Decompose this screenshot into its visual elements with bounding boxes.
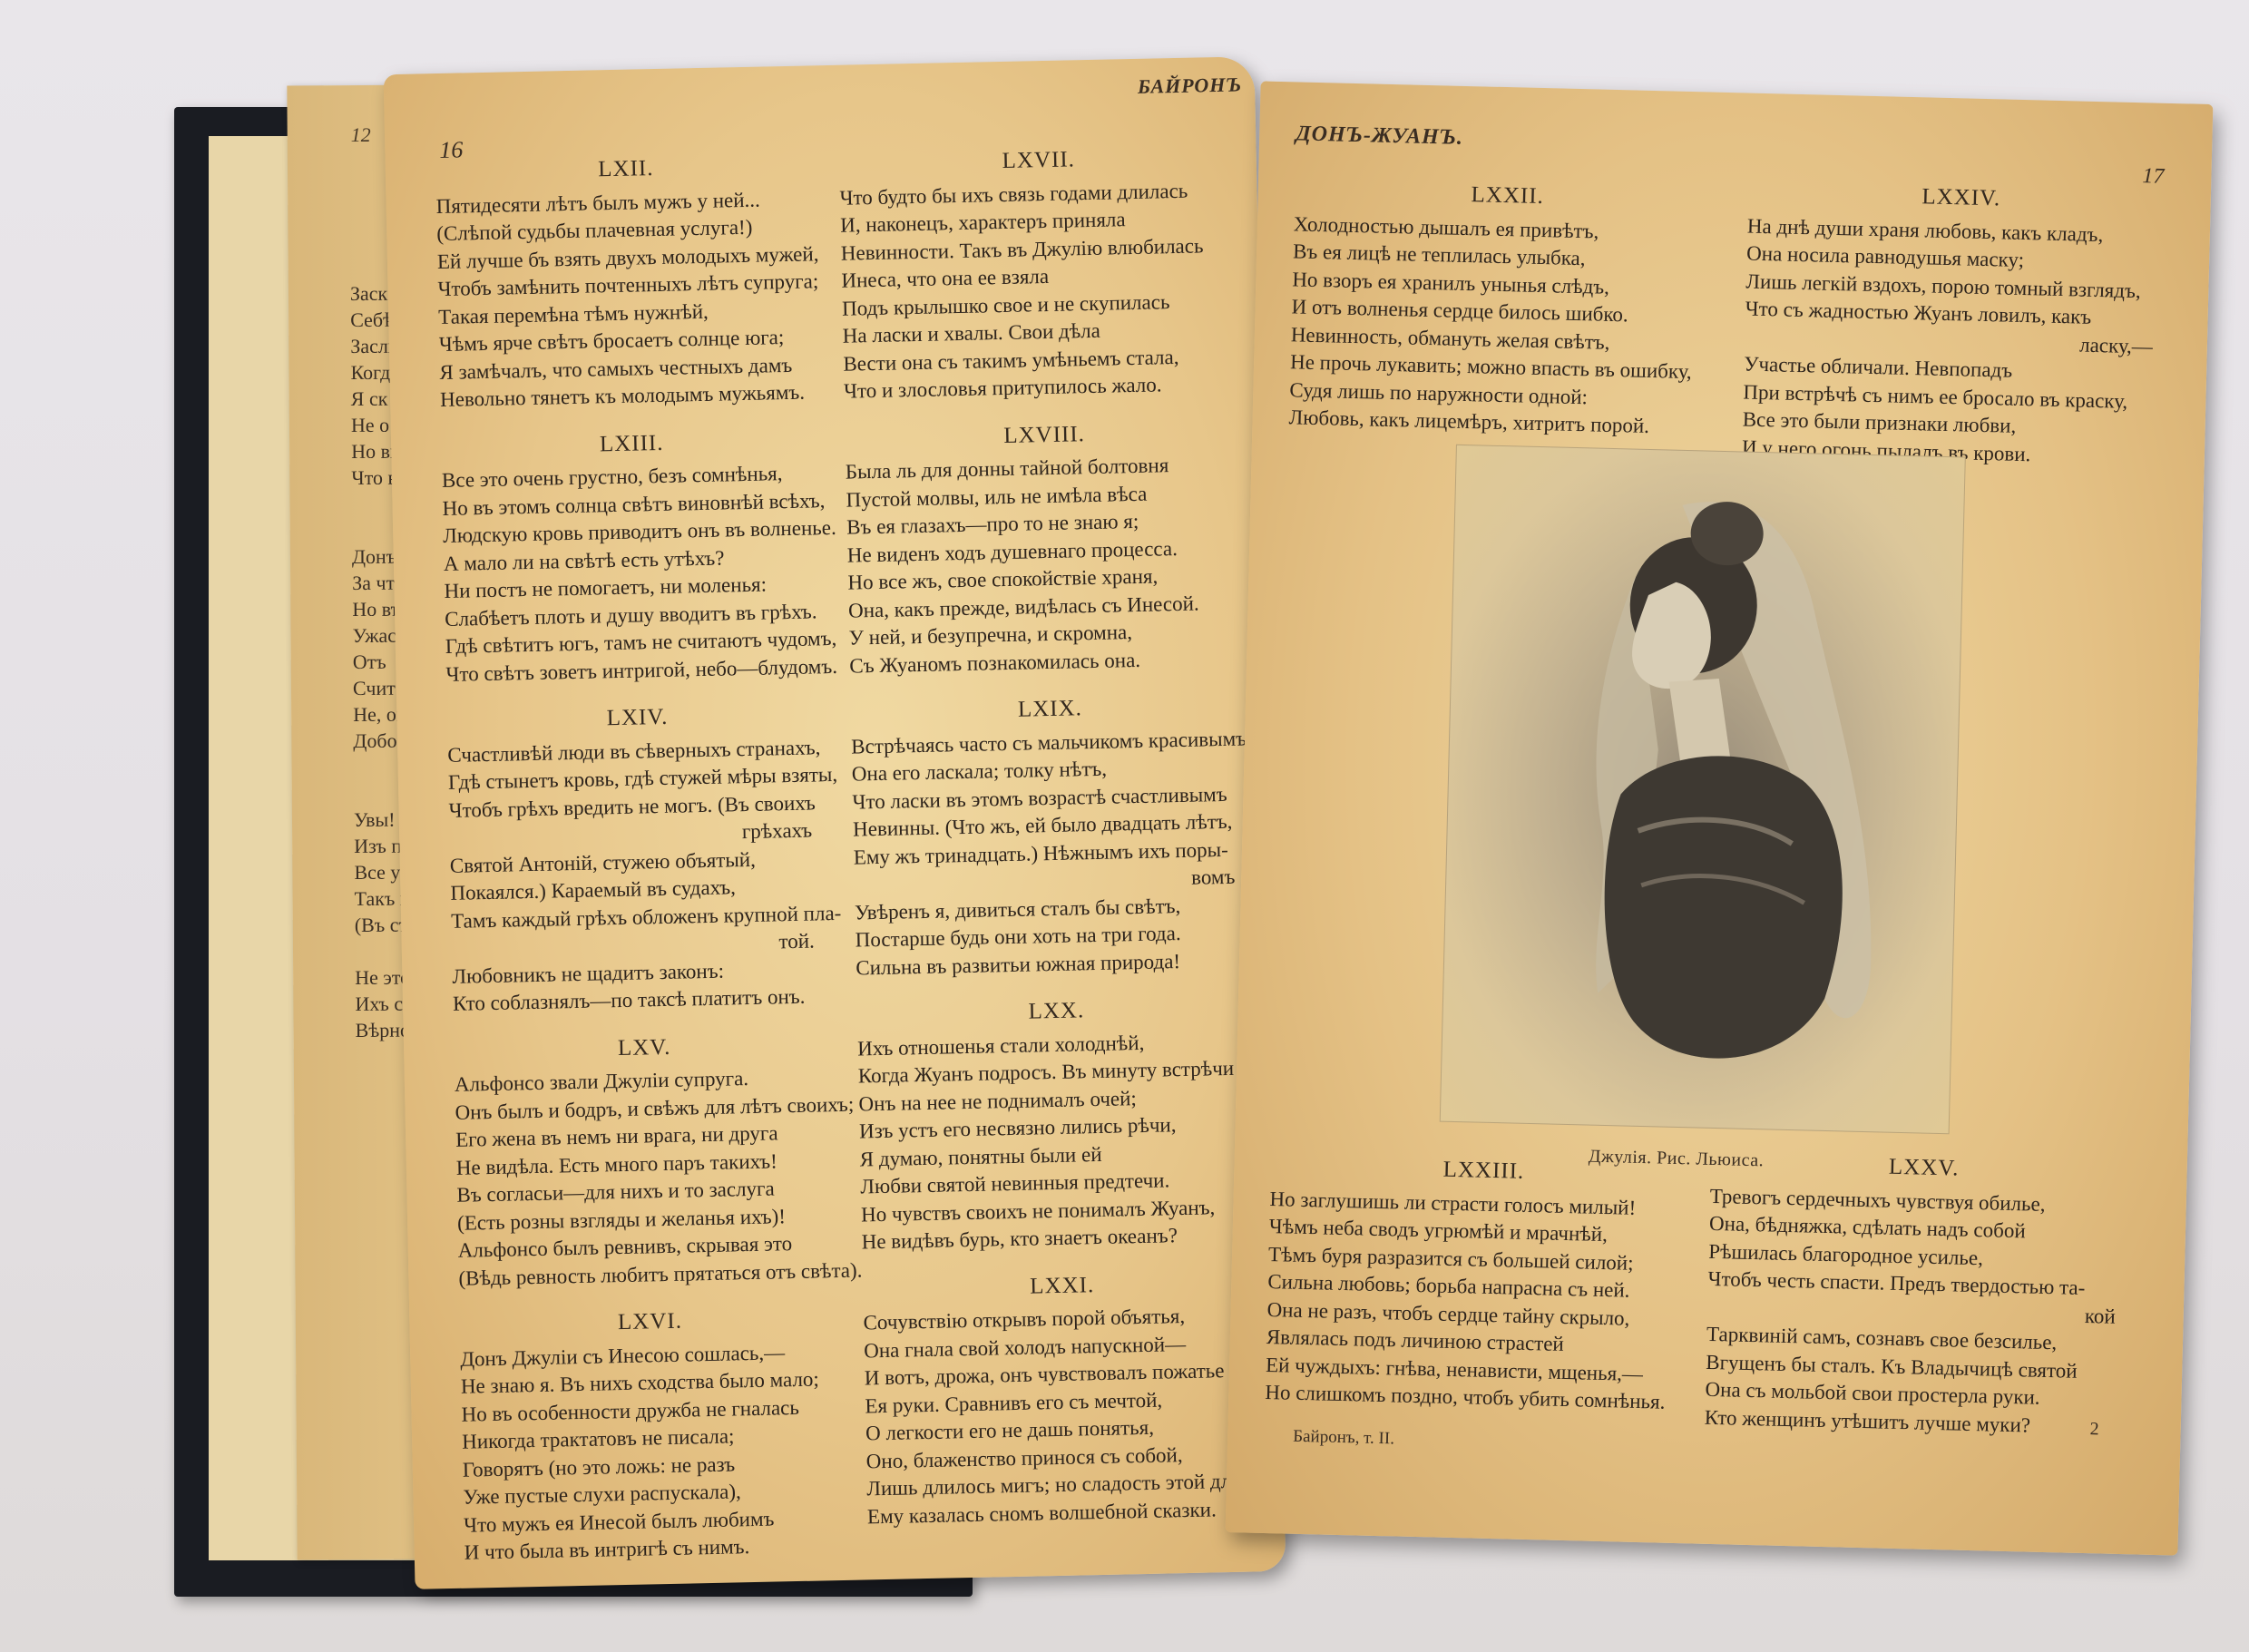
stanza-number: LXIII. bbox=[441, 426, 823, 462]
stanza-number: LXIX. bbox=[850, 691, 1250, 728]
page-number: 12 bbox=[351, 123, 371, 147]
stanza-number: LXXII. bbox=[1294, 177, 1721, 215]
right-page-bottom-column-2: LXXV.Тревогъ сердечныхъ чувствуя обилье,… bbox=[1704, 1149, 2137, 1461]
stanza-number: LXXV. bbox=[1710, 1149, 2137, 1188]
stanza-number: LXVII. bbox=[838, 143, 1238, 180]
page-number: 17 bbox=[2142, 164, 2165, 190]
stanza: LXIX.Встрѣчаясь часто съ мальчикомъ крас… bbox=[850, 691, 1255, 982]
stanza: LXIII.Все это очень грустно, безъ сомнѣн… bbox=[441, 426, 827, 689]
stanza-number: LXIV. bbox=[446, 700, 828, 736]
left-page-16[interactable]: 16 БАЙРОНЪ LXII.Пятидесяти лѣтъ былъ муж… bbox=[384, 56, 1286, 1589]
running-head: БАЙРОНЪ bbox=[1138, 73, 1243, 98]
stanza: LXXIII.Но заглушишь ли страсти голосъ ми… bbox=[1265, 1152, 1697, 1417]
left-page-column-2: LXVII.Что будто бы ихъ связь годами длил… bbox=[838, 143, 1266, 1551]
stanza: LXIV.Счастливѣй люди въ сѣверныхъ страна… bbox=[446, 700, 834, 1018]
right-page-bottom-column-1: LXXIII.Но заглушишь ли страсти голосъ ми… bbox=[1264, 1152, 1697, 1437]
stanza-number: LXX. bbox=[856, 993, 1257, 1030]
stanza-number: LXVIII. bbox=[845, 417, 1245, 454]
portrait-illustration bbox=[1440, 445, 1966, 1135]
stanza: LXII.Пятидесяти лѣтъ былъ мужъ у ней...(… bbox=[435, 152, 822, 414]
left-page-column-1: LXII.Пятидесяти лѣтъ былъ мужъ у ней...(… bbox=[435, 152, 846, 1587]
stanza: LXVII.Что будто бы ихъ связь годами длил… bbox=[838, 143, 1243, 406]
stanza: LXVIII.Была ль для донны тайной болтовня… bbox=[845, 417, 1249, 680]
running-head: ДОНЪ-ЖУАНЪ. bbox=[1296, 122, 1463, 151]
stanza: LXX.Ихъ отношенья стали холоднѣй,Когда Ж… bbox=[856, 993, 1261, 1256]
stanza-number: LXV. bbox=[454, 1031, 836, 1066]
stanza-number: LXXIV. bbox=[1747, 180, 2175, 218]
stanza-number: LXVI. bbox=[459, 1305, 841, 1340]
right-page-top-column-2: LXXIV.На днѣ души храня любовь, какъ кла… bbox=[1741, 180, 2175, 492]
right-page-top-column-1: LXXII.Холодностью дышалъ ея привѣтъ,Въ е… bbox=[1288, 177, 1721, 462]
right-page-17[interactable]: ДОНЪ-ЖУАНЪ. 17 LXXII.Холодностью дышалъ … bbox=[1226, 81, 2214, 1555]
stanza-number: LXII. bbox=[435, 152, 817, 187]
stanza: LXV.Альфонсо звали Джуліи супруга.Онъ бы… bbox=[454, 1031, 840, 1293]
stanza: LXXII.Холодностью дышалъ ея привѣтъ,Въ е… bbox=[1288, 177, 1721, 442]
stanza-number: LXXI. bbox=[862, 1268, 1262, 1305]
sheet-mark: 2 bbox=[2089, 1419, 2099, 1440]
stanza: LXXV.Тревогъ сердечныхъ чувствуя обилье,… bbox=[1704, 1149, 2137, 1442]
portrait-engraving-icon bbox=[1441, 445, 1965, 1133]
stanza: LXVI.Донъ Джуліи съ Инесою сошлась,—Не з… bbox=[459, 1305, 846, 1567]
stanza: LXXI.Сочувствію открывъ порой объятья,Он… bbox=[862, 1268, 1266, 1531]
stanza: LXXIV.На днѣ души храня любовь, какъ кла… bbox=[1742, 180, 2175, 472]
footer-signature: Байронъ, т. II. bbox=[1293, 1427, 1394, 1450]
